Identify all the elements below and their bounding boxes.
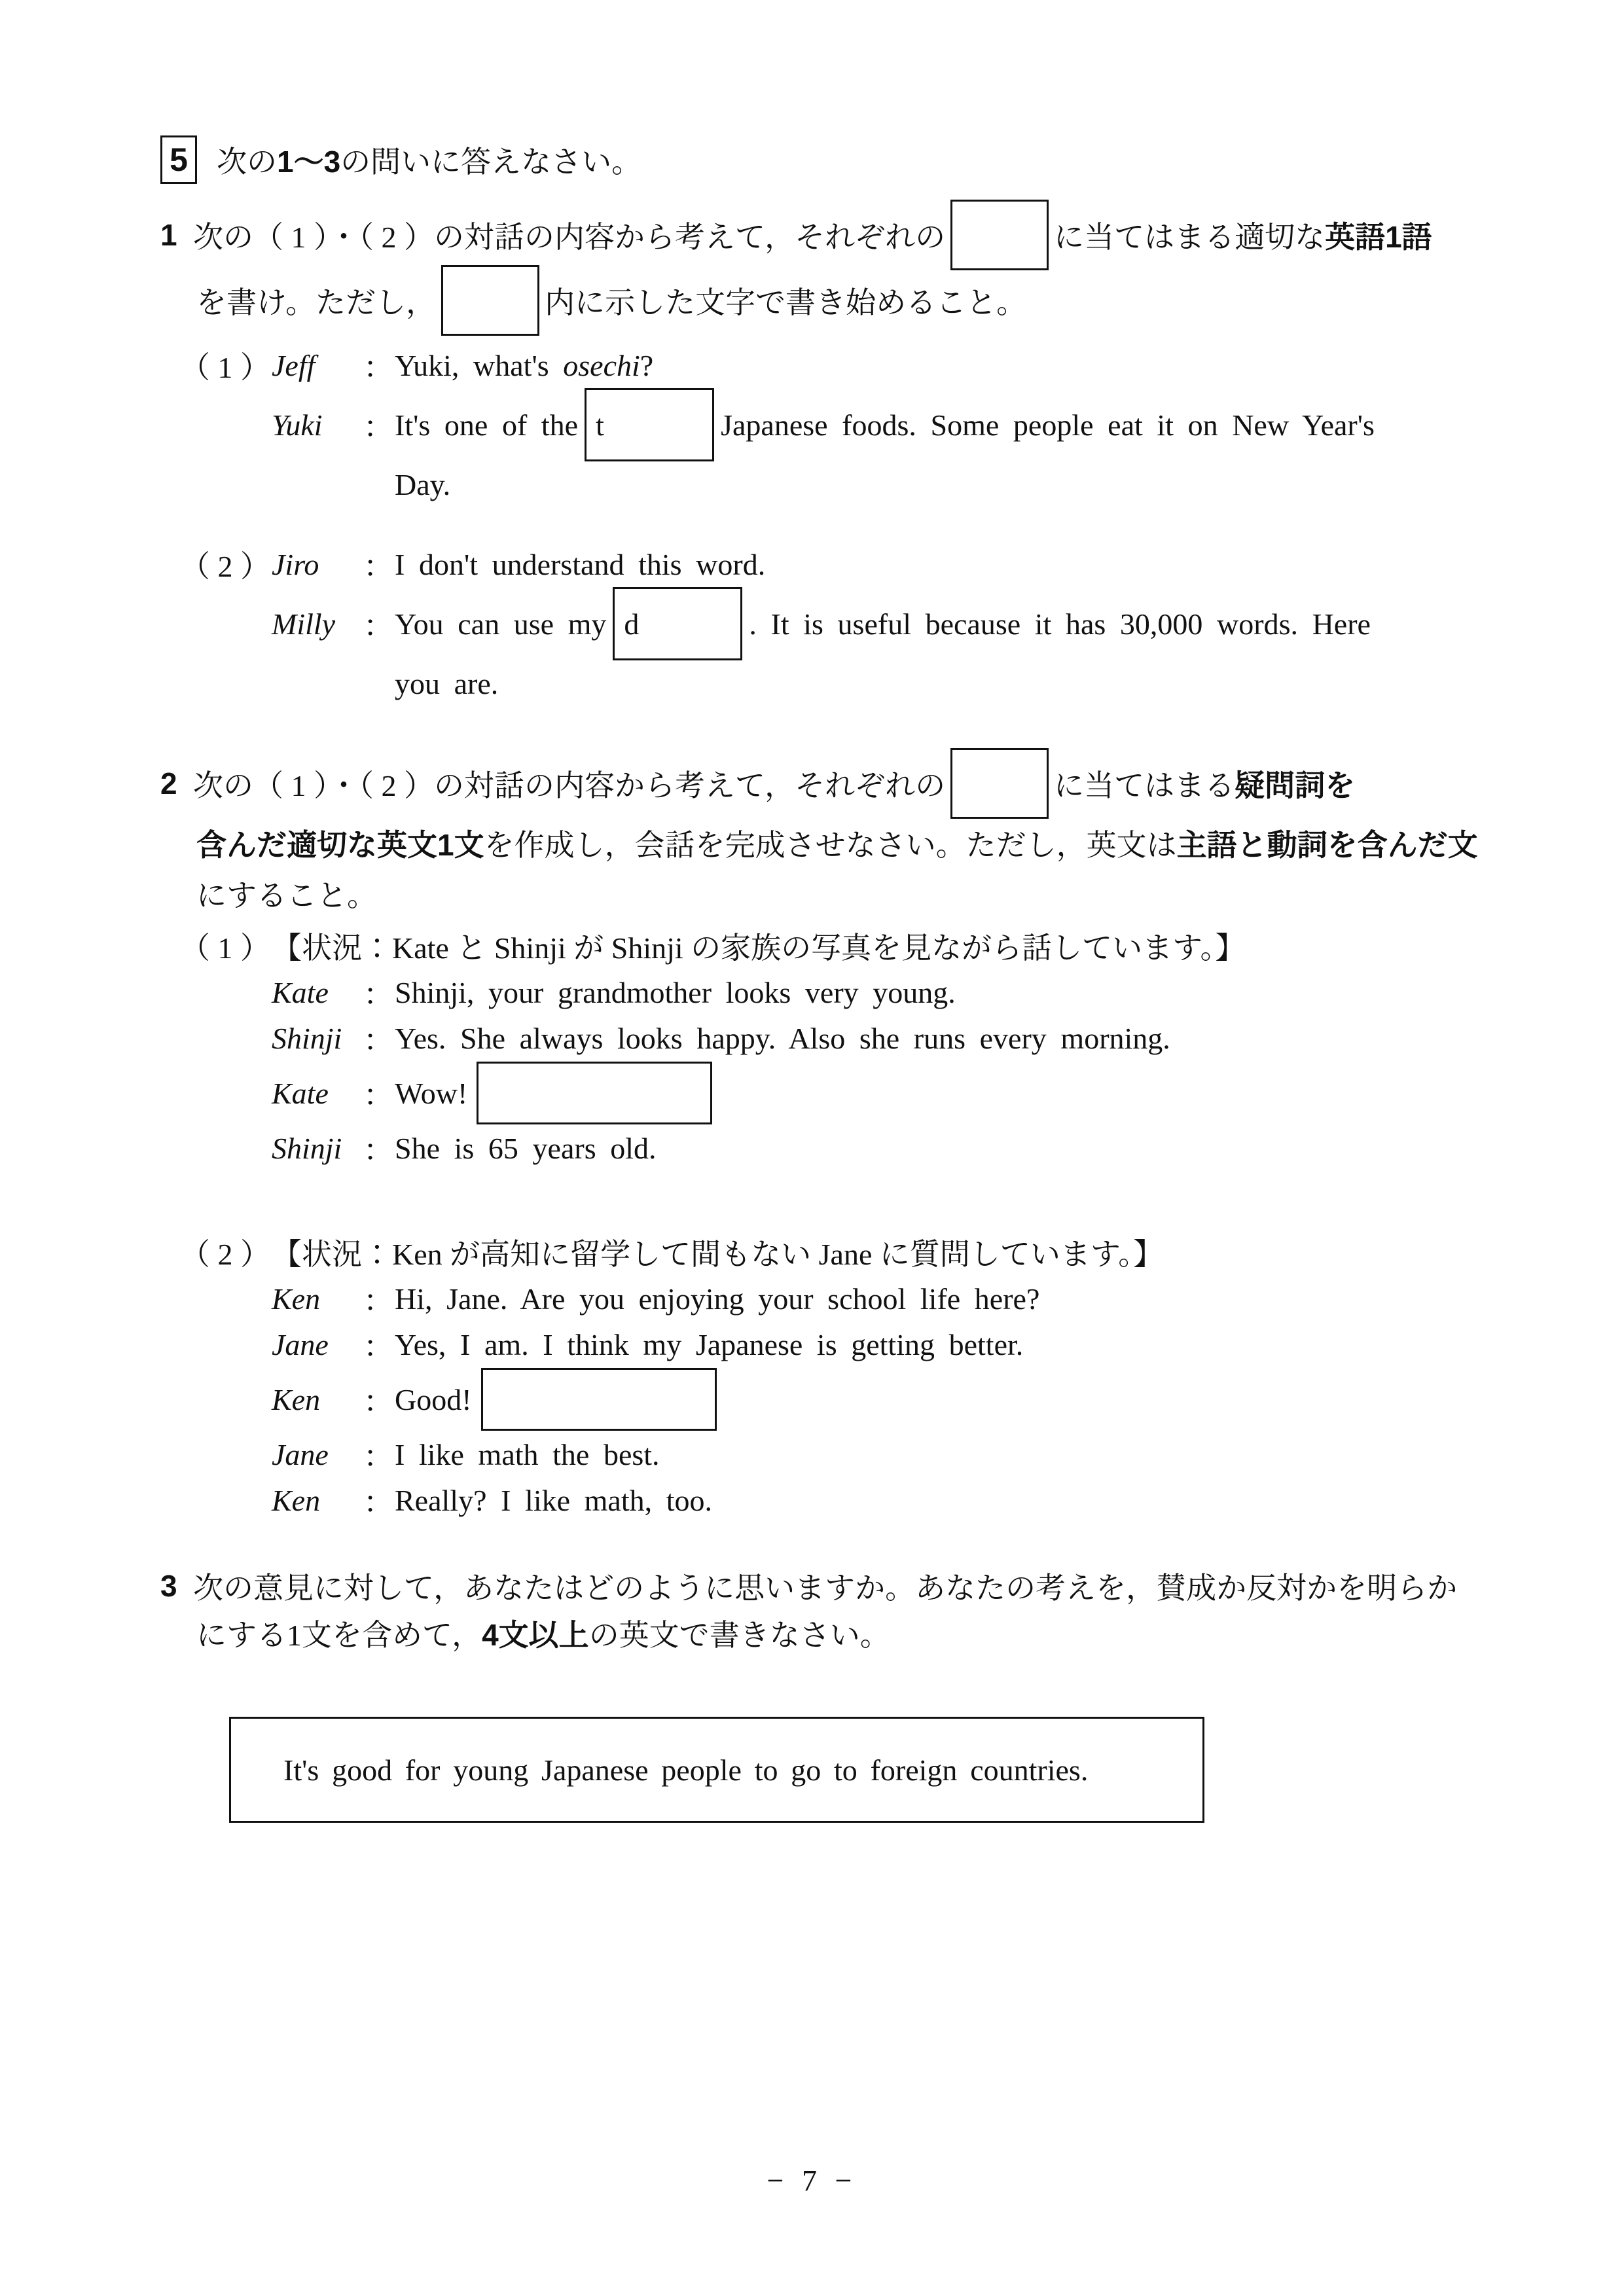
q1-instruction-answer-box — [950, 200, 1049, 270]
speaker-name: Jane — [272, 1437, 363, 1472]
dialogue-label: （ 1 ） — [180, 924, 272, 967]
dialogue-text-post: . It is useful because it has 30,000 wor… — [749, 607, 1371, 641]
q2-number: 2 — [160, 766, 193, 801]
dialogue-text: Yes. She always looks happy. Also she ru… — [395, 1021, 1170, 1056]
answer-sentence-box — [477, 1062, 712, 1124]
dialogue-row: Ken ： Really? I like math, too. — [160, 1477, 1473, 1523]
dialogue-row: Shinji ： Yes. She always looks happy. Al… — [160, 1015, 1473, 1061]
q2-inst-part3: を作成し，会話を完成させなさい。ただし，英文は — [484, 821, 1177, 865]
dialogue-text-cont: you are. — [395, 666, 498, 701]
speaker-name: Kate — [272, 975, 363, 1010]
speaker-colon: ： — [363, 1433, 395, 1476]
dialogue-text-italic: osechi — [563, 349, 640, 382]
box-letter: t — [596, 408, 604, 442]
q2-inst-part2: に当てはまる — [1054, 762, 1235, 805]
dialogue-continuation: Day. — [160, 461, 1473, 507]
speaker-name: Ken — [272, 1382, 363, 1417]
dialogue-row: Jane ： Yes, I am. I think my Japanese is… — [160, 1321, 1473, 1367]
dialogue-continuation: you are. — [160, 660, 1473, 706]
q3-number: 3 — [160, 1568, 193, 1604]
speaker-name: Shinji — [272, 1131, 363, 1166]
dialogue-text-pre: You can use my — [395, 607, 606, 641]
answer-letter-box-d: d — [613, 587, 742, 660]
speaker-colon: ： — [363, 1479, 395, 1522]
q2-inst-part1: 次の（ 1 ）・（ 2 ）の対話の内容から考えて，それぞれの — [193, 762, 945, 805]
speaker-colon: ： — [363, 543, 395, 586]
speaker-colon: ： — [363, 1323, 395, 1366]
speaker-name: Yuki — [272, 408, 363, 442]
dialogue-row: （ 2 ） Jiro ： I don't understand this wor… — [160, 541, 1473, 587]
q1-dialogue-1: （ 1 ） Jeff ： Yuki, what's osechi? Yuki ：… — [160, 342, 1473, 507]
q3-inst-part1: 次の意見に対して，あなたはどのように思いますか。あなたの考えを，賛成か反対かを明… — [193, 1564, 1457, 1607]
dialogue-row: Milly ： You can use my d . It is useful … — [160, 587, 1473, 660]
situation-line: （ 1 ） 【状況：Kate と Shinji が Shinji の家族の写真を… — [160, 922, 1473, 969]
speaker-colon: ： — [363, 602, 395, 645]
dialogue-text: Shinji, your grandmother looks very youn… — [395, 975, 956, 1010]
situation-text: 【状況：Kate と Shinji が Shinji の家族の写真を見ながら話し… — [272, 924, 1246, 967]
q2-inst-bold1: 疑問詞を — [1235, 762, 1355, 805]
answer-sentence-box — [481, 1368, 717, 1431]
speaker-name: Jeff — [272, 348, 363, 383]
speaker-name: Jane — [272, 1327, 363, 1362]
q2-instruction-answer-box — [950, 748, 1049, 819]
dialogue-label: （ 1 ） — [180, 344, 272, 387]
dialogue-text: She is 65 years old. — [395, 1131, 657, 1166]
q1-instruction-letter-box — [441, 265, 539, 336]
dialogue-text: Really? I like math, too. — [395, 1483, 712, 1518]
dialogue-text-cont: Day. — [395, 467, 450, 502]
dialogue-row: Ken ： Good! — [160, 1367, 1473, 1431]
q1-inst-bold: 英語1語 — [1325, 213, 1432, 257]
situation-text: 【状況：Ken が高知に留学して間もない Jane に質問しています。】 — [272, 1230, 1163, 1274]
dialogue-row: Shinji ： She is 65 years old. — [160, 1125, 1473, 1171]
dialogue-text: Wow! — [395, 1076, 467, 1111]
section-number: 5 — [170, 141, 188, 179]
dialogue-text-pre: It's one of the — [395, 408, 578, 442]
section-number-box: 5 — [160, 135, 197, 184]
dialogue-row: Jane ： I like math the best. — [160, 1431, 1473, 1477]
dialogue-text: I like math the best. — [395, 1437, 660, 1472]
section-title: 次の1～3の問いに答えなさい。 — [217, 138, 641, 181]
dialogue-text: Yes, I am. I think my Japanese is gettin… — [395, 1327, 1023, 1362]
q1-instruction-line1: 1 次の（ 1 ）・（ 2 ）の対話の内容から考えて，それぞれの に当てはまる適… — [160, 202, 1473, 268]
q2-instruction-line2: 含んだ適切な英文1文を作成し，会話を完成させなさい。ただし，英文は主語と動詞を含… — [160, 816, 1473, 870]
q1-inst-part2: に当てはまる適切な — [1054, 213, 1325, 257]
section-title-pre: 次の — [217, 145, 277, 179]
speaker-name: Ken — [272, 1282, 363, 1316]
q2-instruction-line1: 2 次の（ 1 ）・（ 2 ）の対話の内容から考えて，それぞれの に当てはまる … — [160, 751, 1473, 816]
dialogue-row: Yuki ： It's one of the t Japanese foods.… — [160, 388, 1473, 461]
q2-inst-bold3: 主語と動詞を含んだ文 — [1177, 821, 1478, 865]
speaker-name: Milly — [272, 607, 363, 641]
opinion-statement-box: It's good for young Japanese people to g… — [229, 1717, 1204, 1823]
q3-inst-bold: 4文以上 — [482, 1611, 589, 1655]
dialogue-text-post: Japanese foods. Some people eat it on Ne… — [721, 408, 1375, 442]
dialogue-label: （ 2 ） — [180, 1230, 272, 1274]
q3-inst-part2: にする1文を含めて， — [196, 1611, 482, 1655]
exam-page: 5 次の1～3の問いに答えなさい。 1 次の（ 1 ）・（ 2 ）の対話の内容か… — [0, 0, 1624, 2296]
dialogue-text: Hi, Jane. Are you enjoying your school l… — [395, 1282, 1039, 1316]
q1-instruction-line2: を書け。ただし， 内に示した文字で書き始めること。 — [160, 268, 1473, 333]
dialogue-label: （ 2 ） — [180, 543, 272, 586]
speaker-colon: ： — [363, 1378, 395, 1421]
speaker-colon: ： — [363, 403, 395, 446]
dialogue-row: Ken ： Hi, Jane. Are you enjoying your sc… — [160, 1276, 1473, 1321]
q1-dialogue-2: （ 2 ） Jiro ： I don't understand this wor… — [160, 541, 1473, 706]
answer-letter-box-t: t — [585, 388, 714, 461]
speaker-colon: ： — [363, 1277, 395, 1320]
speaker-colon: ： — [363, 1126, 395, 1170]
speaker-colon: ： — [363, 1071, 395, 1115]
speaker-name: Kate — [272, 1076, 363, 1111]
speaker-name: Jiro — [272, 547, 363, 582]
q2-dialogue-2: （ 2 ） 【状況：Ken が高知に留学して間もない Jane に質問しています… — [160, 1229, 1473, 1523]
dialogue-text: Yuki, what's osechi? — [395, 348, 653, 383]
section-header: 5 次の1～3の問いに答えなさい。 — [160, 134, 1473, 185]
speaker-colon: ： — [363, 344, 395, 387]
speaker-name: Ken — [272, 1483, 363, 1518]
speaker-colon: ： — [363, 971, 395, 1014]
section-title-post: の問いに答えなさい。 — [340, 145, 641, 179]
opinion-statement: It's good for young Japanese people to g… — [283, 1753, 1088, 1787]
q1-inst-part4: 内に示した文字で書き始めること。 — [545, 279, 1026, 322]
dialogue-text: I don't understand this word. — [395, 547, 765, 582]
q1-inst-part3: を書け。ただし， — [196, 279, 436, 322]
q1-inst-part1: 次の（ 1 ）・（ 2 ）の対話の内容から考えて，それぞれの — [193, 213, 945, 257]
box-letter: d — [624, 607, 639, 641]
q3-instruction-line2: にする1文を含めて，4文以上の英文で書きなさい。 — [160, 1609, 1473, 1657]
q2-inst-part4: にすること。 — [196, 872, 377, 915]
q2-instruction-line3: にすること。 — [160, 870, 1473, 917]
dialogue-text: Good! — [395, 1382, 472, 1417]
dialogue-text-post: ? — [640, 349, 653, 382]
situation-line: （ 2 ） 【状況：Ken が高知に留学して間もない Jane に質問しています… — [160, 1229, 1473, 1276]
q2-dialogue-1: （ 1 ） 【状況：Kate と Shinji が Shinji の家族の写真を… — [160, 922, 1473, 1171]
speaker-colon: ： — [363, 1016, 395, 1060]
section-title-range: 1～3 — [277, 145, 340, 179]
q1-number: 1 — [160, 217, 193, 253]
q3-instruction-line1: 3 次の意見に対して，あなたはどのように思いますか。あなたの考えを，賛成か反対か… — [160, 1562, 1473, 1609]
dialogue-row: （ 1 ） Jeff ： Yuki, what's osechi? — [160, 342, 1473, 388]
dialogue-row: Kate ： Wow! — [160, 1061, 1473, 1125]
speaker-name: Shinji — [272, 1021, 363, 1056]
dialogue-text-pre: Yuki, what's — [395, 349, 563, 382]
page-number: − 7 − — [0, 2163, 1624, 2198]
q3-inst-part3: の英文で書きなさい。 — [589, 1611, 890, 1655]
dialogue-row: Kate ： Shinji, your grandmother looks ve… — [160, 969, 1473, 1015]
q2-inst-bold2: 含んだ適切な英文1文 — [196, 821, 484, 865]
